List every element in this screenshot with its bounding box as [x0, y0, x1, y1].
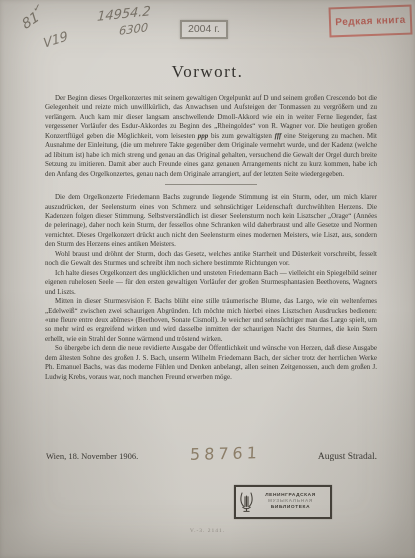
paragraph-6: So übergebe ich denn die neue revidierte… [45, 344, 377, 382]
pencil-shelfmark-line2: 6300 [119, 20, 149, 38]
plate-number: V.-3. 2141. [0, 528, 415, 534]
library-stamp-line3: БИБЛИОТЕКА [254, 505, 327, 511]
paragraph-2: Die dem Orgelkonzerte Friedemann Bachs z… [45, 193, 377, 250]
library-stamp-line2: МУЗЫКАЛЬНАЯ [254, 499, 327, 505]
lyre-icon [239, 491, 254, 513]
year-accession-stamp: 2004 г. [180, 20, 228, 39]
pencil-mark-v19: V19 [42, 29, 69, 52]
page-title: Vorwort. [0, 62, 415, 82]
library-stamp-text: ЛЕНИНГРАДСКАЯ МУЗЫКАЛЬНАЯ БИБЛИОТЕКА [254, 493, 327, 512]
section-divider [165, 184, 257, 185]
preface-body: Der Beginn dieses Orgelkonzertes mit sei… [45, 94, 377, 382]
scanned-preface-page: ✓ 81 V19 14954.2 6300 2004 г. Редкая кни… [0, 0, 415, 558]
library-stamp: ЛЕНИНГРАДСКАЯ МУЗЫКАЛЬНАЯ БИБЛИОТЕКА [234, 485, 332, 519]
rare-book-stamp: Редкая книга [329, 5, 413, 38]
signature-place-date: Wien, 18. November 1906. [46, 451, 138, 461]
paragraph-1: Der Beginn dieses Orgelkonzertes mit sei… [45, 94, 377, 179]
handwritten-accession-number: 58761 [190, 443, 262, 464]
paragraph-5: Mitten in dieser Sturmesvision F. Bachs … [45, 297, 377, 344]
paragraph-3: Wohl braust und dröhnt der Sturm, doch d… [45, 250, 377, 269]
paragraph-4: Ich halte dieses Orgelkonzert des unglüc… [45, 269, 377, 297]
dynamic-ppp: ppp [198, 132, 209, 140]
signature-author: August Stradal. [318, 452, 377, 462]
paragraph-1-text-b: bis zum gewaltigsten [208, 132, 274, 140]
